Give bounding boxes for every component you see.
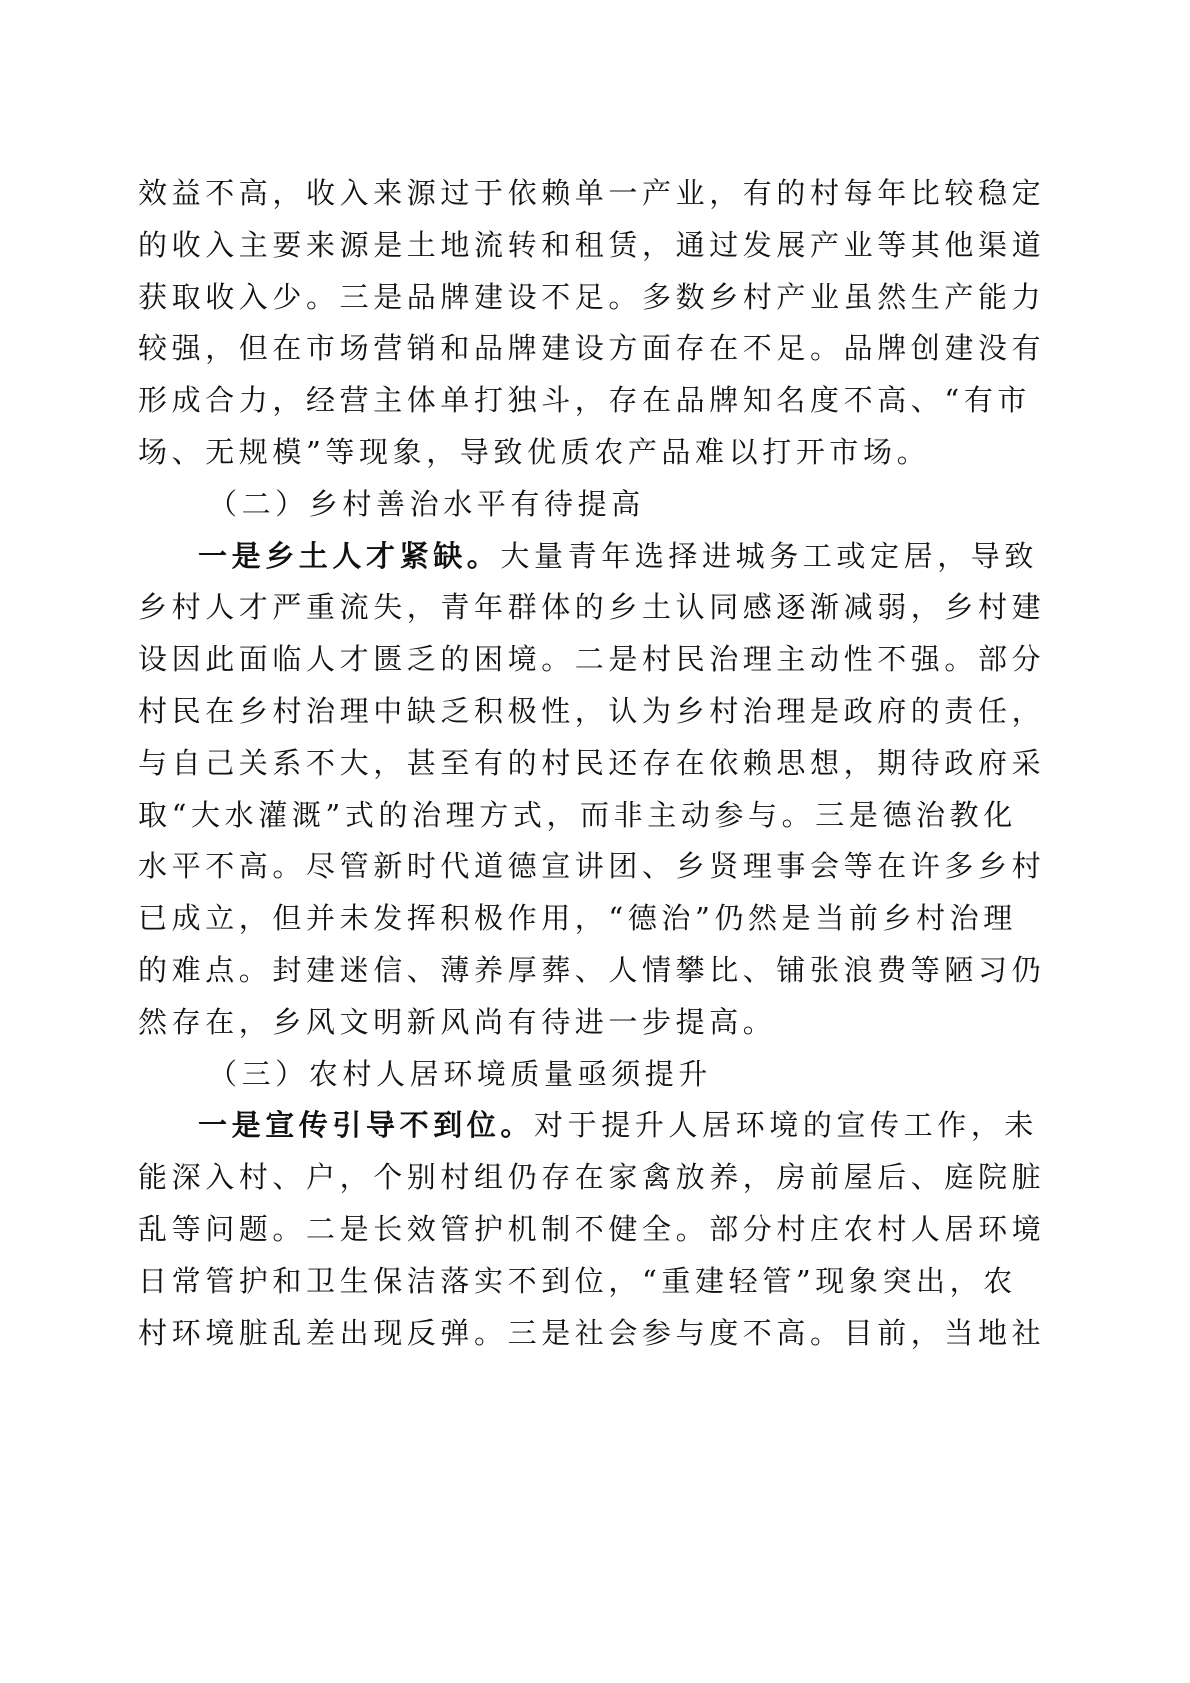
text-line: 能深入村、户，个别村组仍存在家禽放养，房前屋后、庭院脏 bbox=[138, 1152, 966, 1204]
paragraph-lead: 一是乡土人才紧缺。 bbox=[198, 539, 500, 573]
text-line: 与自己关系不大，甚至有的村民还存在依赖思想，期待政府采 bbox=[138, 738, 966, 790]
paragraph-text: 大量青年选择进城务工或定居，导致 bbox=[500, 539, 1038, 573]
text-line: 较强，但在市场营销和品牌建设方面存在不足。品牌创建没有 bbox=[138, 323, 966, 375]
section-heading-2: （二）乡村善治水平有待提高 bbox=[138, 479, 966, 531]
text-line: 日常管护和卫生保洁落实不到位，“重建轻管”现象突出，农 bbox=[138, 1256, 966, 1308]
paragraph-text: 对于提升人居环境的宣传工作，未 bbox=[534, 1108, 1038, 1142]
text-line: 水平不高。尽管新时代道德宣讲团、乡贤理事会等在许多乡村 bbox=[138, 841, 966, 893]
text-line: 效益不高，收入来源过于依赖单一产业，有的村每年比较稳定 bbox=[138, 168, 966, 220]
text-line: 的收入主要来源是土地流转和租赁，通过发展产业等其他渠道 bbox=[138, 220, 966, 272]
text-line: 的难点。封建迷信、薄养厚葬、人情攀比、铺张浪费等陋习仍 bbox=[138, 945, 966, 997]
text-line: 然存在，乡风文明新风尚有待进一步提高。 bbox=[138, 997, 966, 1049]
text-line: 乱等问题。二是长效管护机制不健全。部分村庄农村人居环境 bbox=[138, 1204, 966, 1256]
text-line: 已成立，但并未发挥积极作用，“德治”仍然是当前乡村治理 bbox=[138, 893, 966, 945]
section-heading-3: （三）农村人居环境质量亟须提升 bbox=[138, 1049, 966, 1101]
text-line: 取“大水灌溉”式的治理方式，而非主动参与。三是德治教化 bbox=[138, 790, 966, 842]
text-line: 村环境脏乱差出现反弹。三是社会参与度不高。目前，当地社 bbox=[138, 1308, 966, 1360]
text-line: 形成合力，经营主体单打独斗，存在品牌知名度不高、“有市 bbox=[138, 375, 966, 427]
paragraph-lead: 一是宣传引导不到位。 bbox=[198, 1108, 534, 1142]
text-line: 场、无规模”等现象，导致优质农产品难以打开市场。 bbox=[138, 427, 966, 479]
paragraph-start: 一是宣传引导不到位。对于提升人居环境的宣传工作，未 bbox=[138, 1100, 966, 1152]
text-line: 乡村人才严重流失，青年群体的乡土认同感逐渐减弱，乡村建 bbox=[138, 582, 966, 634]
text-line: 村民在乡村治理中缺乏积极性，认为乡村治理是政府的责任， bbox=[138, 686, 966, 738]
text-line: 设因此面临人才匮乏的困境。二是村民治理主动性不强。部分 bbox=[138, 634, 966, 686]
text-line: 获取收入少。三是品牌建设不足。多数乡村产业虽然生产能力 bbox=[138, 272, 966, 324]
paragraph-start: 一是乡土人才紧缺。大量青年选择进城务工或定居，导致 bbox=[138, 531, 966, 583]
document-page: 效益不高，收入来源过于依赖单一产业，有的村每年比较稳定 的收入主要来源是土地流转… bbox=[138, 168, 966, 1359]
